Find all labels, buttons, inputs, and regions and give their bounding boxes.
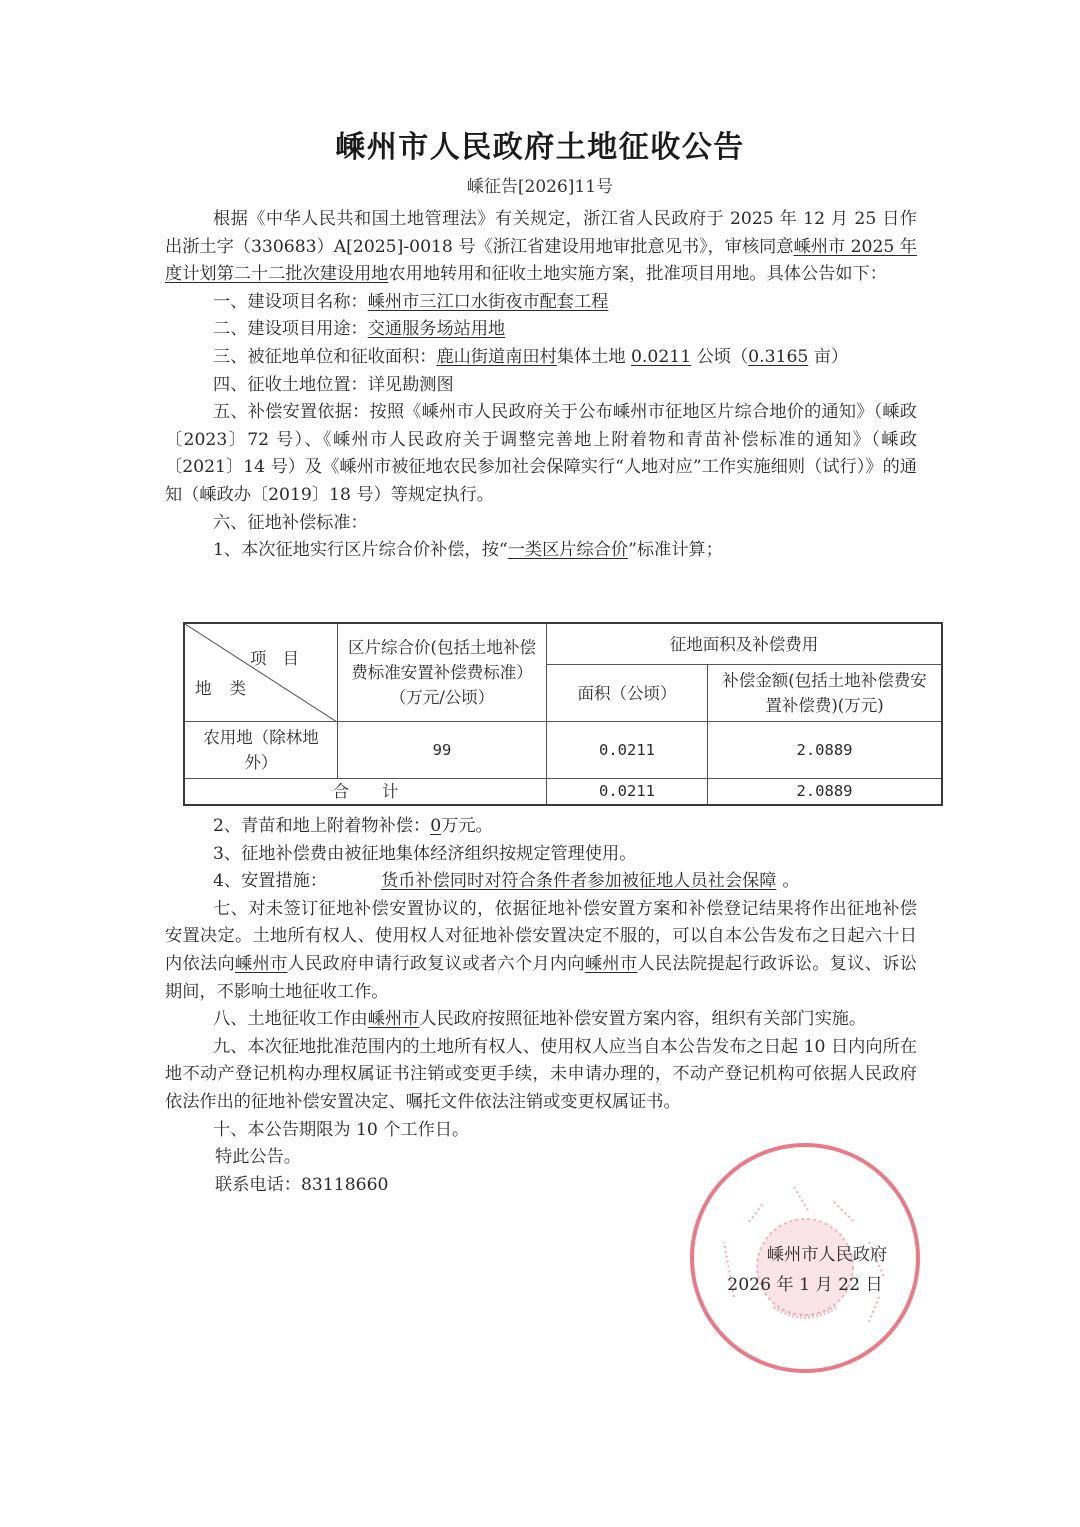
signature-block: 嵊州市人民政府 2026 年 1 月 22 日 <box>700 1240 910 1300</box>
item-standard-3: 3、征地补偿费由被征地集体经济组织按规定管理使用。 <box>165 841 917 869</box>
item-seven-appeal: 七、对未签订征地补偿安置协议的，依据征地补偿安置方案和补偿登记结果将作出征地补偿… <box>165 896 917 1006</box>
item-label: 三、被征地单位和征收面积： <box>213 347 436 367</box>
hectare-unit: 公顷（ <box>691 347 748 367</box>
announcement-page: 嵊州市人民政府土地征收公告 嵊征告[2026]11号 根据《中华人民共和国土地管… <box>0 0 1080 1527</box>
area-hectare-value: 0.0211 <box>631 347 691 367</box>
crop-compensation-unit: 万元。 <box>441 816 493 836</box>
item-standard-2: 2、青苗和地上附着物补偿：0万元。 <box>165 813 917 841</box>
project-name-value: 嵊州市三江口水街夜市配套工程 <box>368 292 609 312</box>
item-standard-4: 4、安置措施：货币补偿同时对符合条件者参加被征地人员社会保障。 <box>165 868 917 896</box>
item-location: 四、征收土地位置：详见勘测图 <box>165 372 917 400</box>
land-type-text: 集体土地 <box>557 347 631 367</box>
item-label: 二、建设项目用途： <box>213 319 368 339</box>
item-nine-registration: 九、本次征地批准范围内的土地所有权人、使用权人应当自本公告发布之日起 10 日内… <box>165 1034 917 1117</box>
signing-organization: 嵊州市人民政府 <box>700 1240 910 1270</box>
mu-unit: 亩） <box>808 347 848 367</box>
item-expropriated-unit: 三、被征地单位和征收面积：鹿山街道南田村集体土地 0.0211 公顷（0.316… <box>165 344 917 372</box>
header-area-and-fees: 征地面积及补偿费用 <box>547 623 943 665</box>
cell-total-amount: 2.0889 <box>708 779 943 806</box>
cell-price: 99 <box>338 722 547 779</box>
corner-label-landtype: 地类 <box>195 676 264 701</box>
compensation-table: 项目 地类 区片综合价(包括土地补偿费标准安置补偿费标准）（万元/公顷） 征地面… <box>183 622 943 806</box>
implementation-text: 八、土地征收工作由 <box>213 1009 368 1029</box>
item-project-use: 二、建设项目用途：交通服务场站用地 <box>165 316 917 344</box>
appeal-text-mid: 人民政府申请行政复议或者六个月内向 <box>287 954 584 974</box>
cell-amount: 2.0889 <box>708 722 943 779</box>
item-standard-1: 1、本次征地实行区片综合价补偿，按“一类区片综合价”标准计算； <box>165 537 917 565</box>
announcement-body: 根据《中华人民共和国土地管理法》有关规定，浙江省人民政府于 2025 年 12 … <box>165 206 917 565</box>
item-compensation-standard: 六、征地补偿标准： <box>165 510 917 538</box>
corner-header-cell: 项目 地类 <box>184 623 338 722</box>
announcement-body-continued: 2、青苗和地上附着物补偿：0万元。 3、征地补偿费由被征地集体经济组织按规定管理… <box>165 813 917 1199</box>
resettlement-measure-value: 货币补偿同时对符合条件者参加被征地人员社会保障 <box>327 868 782 896</box>
signing-date: 2026 年 1 月 22 日 <box>700 1270 910 1300</box>
item-ten-period: 十、本公告期限为 10 个工作日。 <box>165 1117 917 1145</box>
project-use-value: 交通服务场站用地 <box>368 319 506 339</box>
city-underlined: 嵊州市 <box>235 954 287 974</box>
table-header-row: 项目 地类 区片综合价(包括土地补偿费标准安置补偿费标准）（万元/公顷） 征地面… <box>184 623 942 665</box>
item-eight-implementation: 八、土地征收工作由嵊州市人民政府按照征地补偿安置方案内容，组织有关部门实施。 <box>165 1006 917 1034</box>
intro-paragraph: 根据《中华人民共和国土地管理法》有关规定，浙江省人民政府于 2025 年 12 … <box>165 206 917 289</box>
city-underlined: 嵊州市 <box>585 954 637 974</box>
cell-land-type: 农用地（除林地外） <box>184 722 338 779</box>
table-total-row: 合 计 0.0211 2.0889 <box>184 779 942 806</box>
item-label: 一、建设项目名称： <box>213 292 368 312</box>
item-compensation-basis: 五、补偿安置依据：按照《嵊州市人民政府关于公布嵊州市征地区片综合地价的通知》（嵊… <box>165 399 917 509</box>
location-value: 详见勘测图 <box>368 375 454 395</box>
item-project-name: 一、建设项目名称：嵊州市三江口水街夜市配套工程 <box>165 289 917 317</box>
crop-compensation-value: 0 <box>430 816 441 836</box>
document-title: 嵊州市人民政府土地征收公告 <box>0 128 1080 168</box>
item-label: 四、征收土地位置： <box>213 375 368 395</box>
resettlement-label: 4、安置措施： <box>213 871 327 891</box>
document-number: 嵊征告[2026]11号 <box>0 174 1080 200</box>
contact-phone: 83118660 <box>301 1175 388 1195</box>
standard-text-end: ”标准计算； <box>628 540 723 560</box>
city-underlined: 嵊州市 <box>368 1009 420 1029</box>
table-row: 农用地（除林地外） 99 0.0211 2.0889 <box>184 722 942 779</box>
header-area: 面积（公顷） <box>547 665 708 722</box>
standard-text: 1、本次征地实行区片综合价补偿，按“ <box>213 540 508 560</box>
diagonal-line <box>185 624 337 722</box>
header-amount: 补偿金额(包括土地补偿费安置补偿费)(万元) <box>708 665 943 722</box>
crop-compensation-label: 2、青苗和地上附着物补偿： <box>213 816 430 836</box>
resettlement-end: 。 <box>782 871 799 891</box>
header-zone-price: 区片综合价(包括土地补偿费标准安置补偿费标准）（万元/公顷） <box>338 623 547 722</box>
cell-area: 0.0211 <box>547 722 708 779</box>
village-value: 鹿山街道南田村 <box>436 347 556 367</box>
cell-total-label: 合 计 <box>184 779 547 806</box>
area-mu-value: 0.3165 <box>748 347 808 367</box>
implementation-text-end: 人民政府按照征地补偿安置方案内容，组织有关部门实施。 <box>419 1009 866 1029</box>
corner-label-item: 项目 <box>250 646 315 671</box>
zone-class-value: 一类区片综合价 <box>508 540 628 560</box>
cell-total-area: 0.0211 <box>547 779 708 806</box>
contact-label: 联系电话： <box>215 1175 301 1195</box>
intro-text-end: 农用地转用和征收土地实施方案，批准项目用地。具体公告如下： <box>388 264 886 284</box>
